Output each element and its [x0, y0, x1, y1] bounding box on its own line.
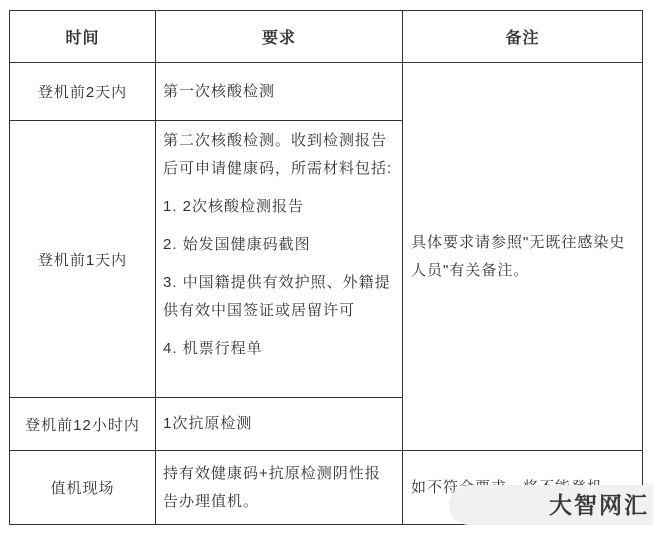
- time-cell-before-2-days: 登机前2天内: [10, 63, 156, 121]
- requirement-cell-first-test: 第一次核酸检测: [156, 63, 403, 121]
- header-cell-requirement: 要求: [156, 11, 403, 63]
- time-cell-before-1-day: 登机前1天内: [10, 121, 156, 398]
- table-row: 登机前2天内 第一次核酸检测 具体要求请参照"无既往感染史人员"有关备注。: [10, 63, 643, 121]
- header-cell-time: 时间: [10, 11, 156, 63]
- requirement-item-4: 4. 机票行程单: [163, 335, 396, 363]
- requirement-item-1: 1. 2次核酸检测报告: [163, 193, 396, 221]
- requirement-cell-checkin: 持有效健康码+抗原检测阴性报告办理值机。: [156, 451, 403, 525]
- requirement-cell-antigen-test: 1次抗原检测: [156, 398, 403, 451]
- requirements-table: 时间 要求 备注 登机前2天内 第一次核酸检测 具体要求请参照"无既往感染史人员…: [9, 10, 643, 525]
- time-cell-checkin-site: 值机现场: [10, 451, 156, 525]
- requirement-intro-text: 第二次核酸检测。收到检测报告后可申请健康码，所需材料包括:: [163, 127, 396, 183]
- watermark-badge: 大智网汇: [449, 485, 653, 525]
- page: 时间 要求 备注 登机前2天内 第一次核酸检测 具体要求请参照"无既往感染史人员…: [0, 0, 653, 535]
- table-header-row: 时间 要求 备注: [10, 11, 643, 63]
- time-cell-before-12-hours: 登机前12小时内: [10, 398, 156, 451]
- merged-note-cell: 具体要求请参照"无既往感染史人员"有关备注。: [403, 63, 643, 451]
- requirement-cell-second-test: 第二次核酸检测。收到检测报告后可申请健康码，所需材料包括: 1. 2次核酸检测报…: [156, 121, 403, 398]
- requirement-item-3: 3. 中国籍提供有效护照、外籍提供有效中国签证或居留许可: [163, 269, 396, 325]
- header-cell-note: 备注: [403, 11, 643, 63]
- requirement-item-2: 2. 始发国健康码截图: [163, 231, 396, 259]
